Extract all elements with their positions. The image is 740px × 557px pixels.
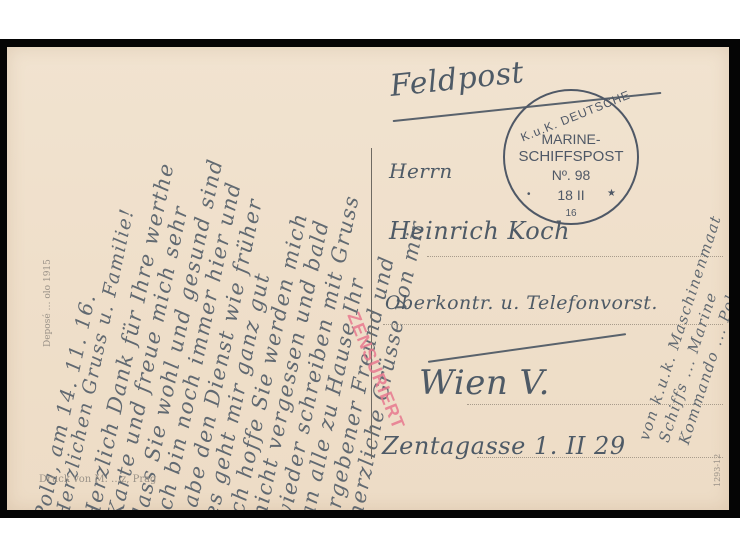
postmark-star-icon: ★ <box>607 188 616 199</box>
catalog-number: 1293-12 <box>713 454 722 487</box>
postmark-year: 16 <box>505 208 637 219</box>
city-flourish <box>428 333 626 363</box>
address-name: Heinrich Koch <box>389 217 570 245</box>
postmark: K.u.K. DEUTSCHE MARINE- SCHIFFSPOST Nº. … <box>503 89 639 225</box>
copyright-imprint: Deposé … olo 1915 <box>43 259 53 347</box>
postmark-line-3: Nº. 98 <box>505 167 637 183</box>
card-divider <box>371 148 372 459</box>
address-street: Zentagasse 1. II 29 <box>382 432 626 460</box>
printer-imprint: Druck von M. …z, Prag <box>39 474 156 485</box>
address-salutation: Herrn <box>389 159 453 183</box>
postcard: Herzlich Dank für Ihre wertheKarte und f… <box>7 47 729 510</box>
address-service: Feldpost <box>388 55 525 104</box>
postmark-dot-icon: • <box>527 189 531 200</box>
postmark-line-1: MARINE- <box>505 131 637 147</box>
postmark-date: 18 II <box>505 187 637 203</box>
address-line-1 <box>427 256 723 257</box>
postmark-line-2: SCHIFFSPOST <box>505 148 637 165</box>
address-title: Oberkontr. u. Telefonvorst. <box>385 292 658 314</box>
address-city: Wien V. <box>419 363 550 403</box>
